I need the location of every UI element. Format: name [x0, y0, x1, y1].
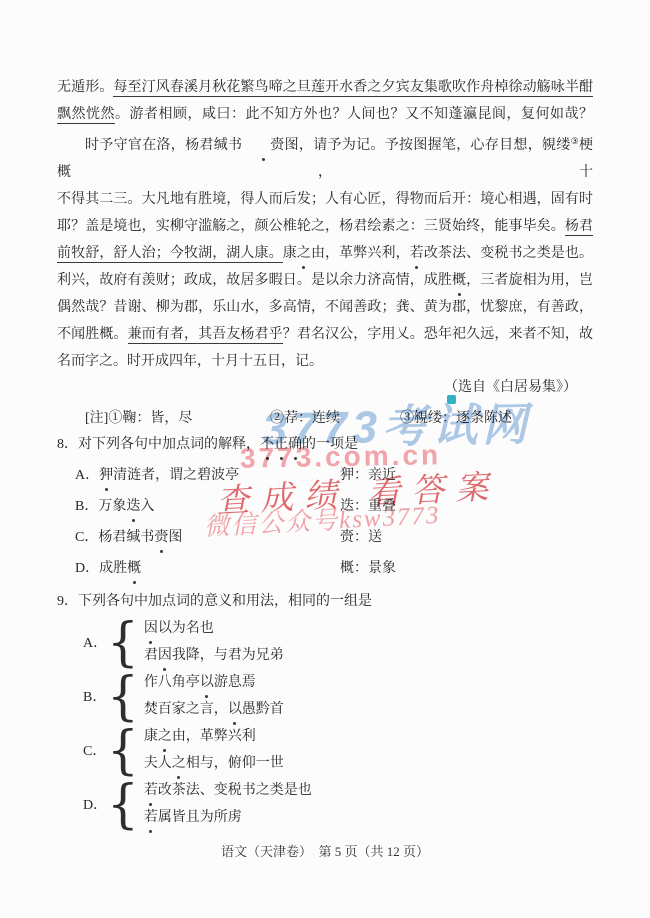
option-sentence: 万象迭入 — [98, 499, 154, 514]
emphasized-word: 迭 — [126, 499, 140, 514]
emphasized-word: 因 — [144, 621, 158, 636]
emphasized-word: 之 — [297, 246, 311, 261]
emphasized-word: 因 — [158, 648, 172, 663]
option-label: D． — [75, 561, 99, 576]
question8-option: C．杨君缄书赍图赍：送 — [57, 524, 593, 551]
emphasized-word: 狎 — [99, 468, 113, 483]
option-label: A． — [83, 632, 107, 652]
option-label: A． — [75, 468, 99, 483]
brace-icon — [107, 668, 139, 725]
question9-group: A．因以为名也君因我降，与君为兄弟 — [57, 615, 593, 669]
question9-group: C．康之由，革弊兴利夫人之相与，俯仰一世 — [57, 723, 593, 777]
group-sentences: 康之由，革弊兴利夫人之相与，俯仰一世 — [144, 723, 284, 777]
emphasized-word: 之 — [158, 729, 172, 744]
group-sentence: 若属皆且为所虏 — [144, 804, 312, 831]
emphasized-word: 以 — [200, 675, 214, 690]
option-gloss: 迭：重叠 — [340, 493, 396, 520]
option-sentence: 成胜概 — [99, 561, 141, 576]
question8-stem: 8．对下列各句中加点词的解释，不正确的一项是 — [57, 431, 593, 458]
passage-line: 前牧舒，舒人治；今牧湖，湖人康。康之由，革弊兴利，若改茶法、变税书之类是也。 — [57, 240, 593, 267]
passage-line: 名而字之。时开成四年，十月十五日，记。 — [57, 348, 593, 375]
option-label: D． — [83, 794, 107, 814]
emphasized-word: 概 — [452, 273, 466, 288]
emphasized-word: 赍 — [154, 530, 168, 545]
option-label: B． — [83, 686, 107, 706]
passage-line: 不得其二三。大凡地有胜境，得人而后发；人有心匠，得物而后开：境心相遇，固有时 — [57, 186, 593, 213]
question8-option: B．万象迭入迭：重叠 — [57, 493, 593, 520]
question9-group: B．作八角亭以游息焉焚百家之言，以愚黔首 — [57, 669, 593, 723]
emphasized-word: 概 — [127, 561, 141, 576]
option-label: C． — [75, 530, 98, 545]
option-gloss: 概：景象 — [340, 555, 396, 582]
emphasized-word: 若 — [144, 810, 158, 825]
brace-icon — [107, 614, 139, 671]
page-footer: 语文（天津卷） 第 5 页（共 12 页） — [0, 842, 650, 862]
passage-note: ②荐：连续 — [270, 406, 400, 431]
exam-content: 无遁形。每至汀风春溪月秋花繁鸟啼之旦莲开水香之夕宾友集歌吹作舟棹徐动觞咏半酣飘然… — [57, 74, 593, 831]
option-label: C． — [83, 740, 107, 760]
passage-line: 耶？盖是境也，实柳守滥觞之，颜公椎轮之，杨君绘素之：三贤始终，能事毕矣。杨君 — [57, 213, 593, 240]
emphasized-word: 若 — [410, 246, 424, 261]
passage-line: 利兴，故府有羡财；政成，故居多暇日。是以余力济高情，成胜概，三者旋相为用，岂 — [57, 267, 593, 294]
group-sentences: 因以为名也君因我降，与君为兄弟 — [144, 615, 284, 669]
group-sentence: 若改茶法、变税书之类是也 — [144, 777, 312, 804]
brace-icon — [107, 776, 139, 833]
passage-notes: [注]①鞠：皆，尽②荐：连续③覙缕：逐条陈述 — [57, 406, 593, 431]
passage-line: 时予守官在洛，杨君缄书赍图，请予为记。予按图握笔，心存目想，覙缕③梗概，十 — [57, 128, 593, 186]
question9-group: D．若改茶法、变税书之类是也若属皆且为所虏 — [57, 777, 593, 831]
option-gloss: 狎：亲近 — [340, 462, 396, 489]
group-sentence: 因以为名也 — [144, 615, 284, 642]
group-sentence: 焚百家之言，以愚黔首 — [144, 696, 284, 723]
passage-note: ③覙缕：逐条陈述 — [400, 406, 512, 431]
option-sentence: 杨君缄书赍图 — [98, 530, 182, 545]
passage-lines: 无遁形。每至汀风春溪月秋花繁鸟啼之旦莲开水香之夕宾友集歌吹作舟棹徐动觞咏半酣飘然… — [57, 74, 593, 375]
emphasized-word: 赍 — [242, 138, 284, 153]
passage-line: 飘然恍然。游者相顾，咸曰：此不知方外也？人间也？又不知蓬瀛昆阆，复何如哉？ — [57, 101, 593, 128]
passage-source: （选自《白居易集》） — [57, 375, 593, 400]
group-sentence: 夫人之相与，俯仰一世 — [144, 750, 284, 777]
emphasized-word: 若 — [144, 783, 158, 798]
passage-note: [注]①鞠：皆，尽 — [85, 406, 270, 431]
group-sentences: 作八角亭以游息焉焚百家之言，以愚黔首 — [144, 669, 284, 723]
group-sentences: 若改茶法、变税书之类是也若属皆且为所虏 — [144, 777, 312, 831]
emphasized-word: 以 — [228, 702, 242, 717]
passage-line: 偶然哉？昔谢、柳为郡，乐山水，多高情，不闻善政；龚、黄为郡，忧黎庶，有善政， — [57, 294, 593, 321]
option-label: B． — [75, 499, 98, 514]
exam-page: { "page": { "footer": "语文（天津卷） 第 5 页（共 1… — [0, 0, 650, 918]
question9-groups: A．因以为名也君因我降，与君为兄弟B．作八角亭以游息焉焚百家之言，以愚黔首C．康… — [57, 615, 593, 831]
emphasized-word: 之 — [172, 756, 186, 771]
passage-line: 不闻胜概。兼而有者，其吾友杨君乎？君名汉公，字用乂。恐年祀久远，来者不知，故 — [57, 321, 593, 348]
question8-option: D．成胜概概：景象 — [57, 555, 593, 582]
group-sentence: 君因我降，与君为兄弟 — [144, 642, 284, 669]
emphasized-word: 不正确 — [260, 437, 302, 452]
brace-icon — [107, 722, 139, 779]
option-sentence: 狎清涟者，谓之碧波亭 — [99, 468, 239, 483]
option-gloss: 赍：送 — [340, 524, 382, 551]
group-sentence: 作八角亭以游息焉 — [144, 669, 284, 696]
group-sentence: 康之由，革弊兴利 — [144, 723, 284, 750]
passage-line: 无遁形。每至汀风春溪月秋花繁鸟啼之旦莲开水香之夕宾友集歌吹作舟棹徐动觞咏半酣 — [57, 74, 593, 101]
question8-option: A．狎清涟者，谓之碧波亭狎：亲近 — [57, 462, 593, 489]
passage: 无遁形。每至汀风春溪月秋花繁鸟啼之旦莲开水香之夕宾友集歌吹作舟棹徐动觞咏半酣飘然… — [57, 74, 593, 431]
question8-options: A．狎清涟者，谓之碧波亭狎：亲近B．万象迭入迭：重叠C．杨君缄书赍图赍：送D．成… — [57, 462, 593, 582]
